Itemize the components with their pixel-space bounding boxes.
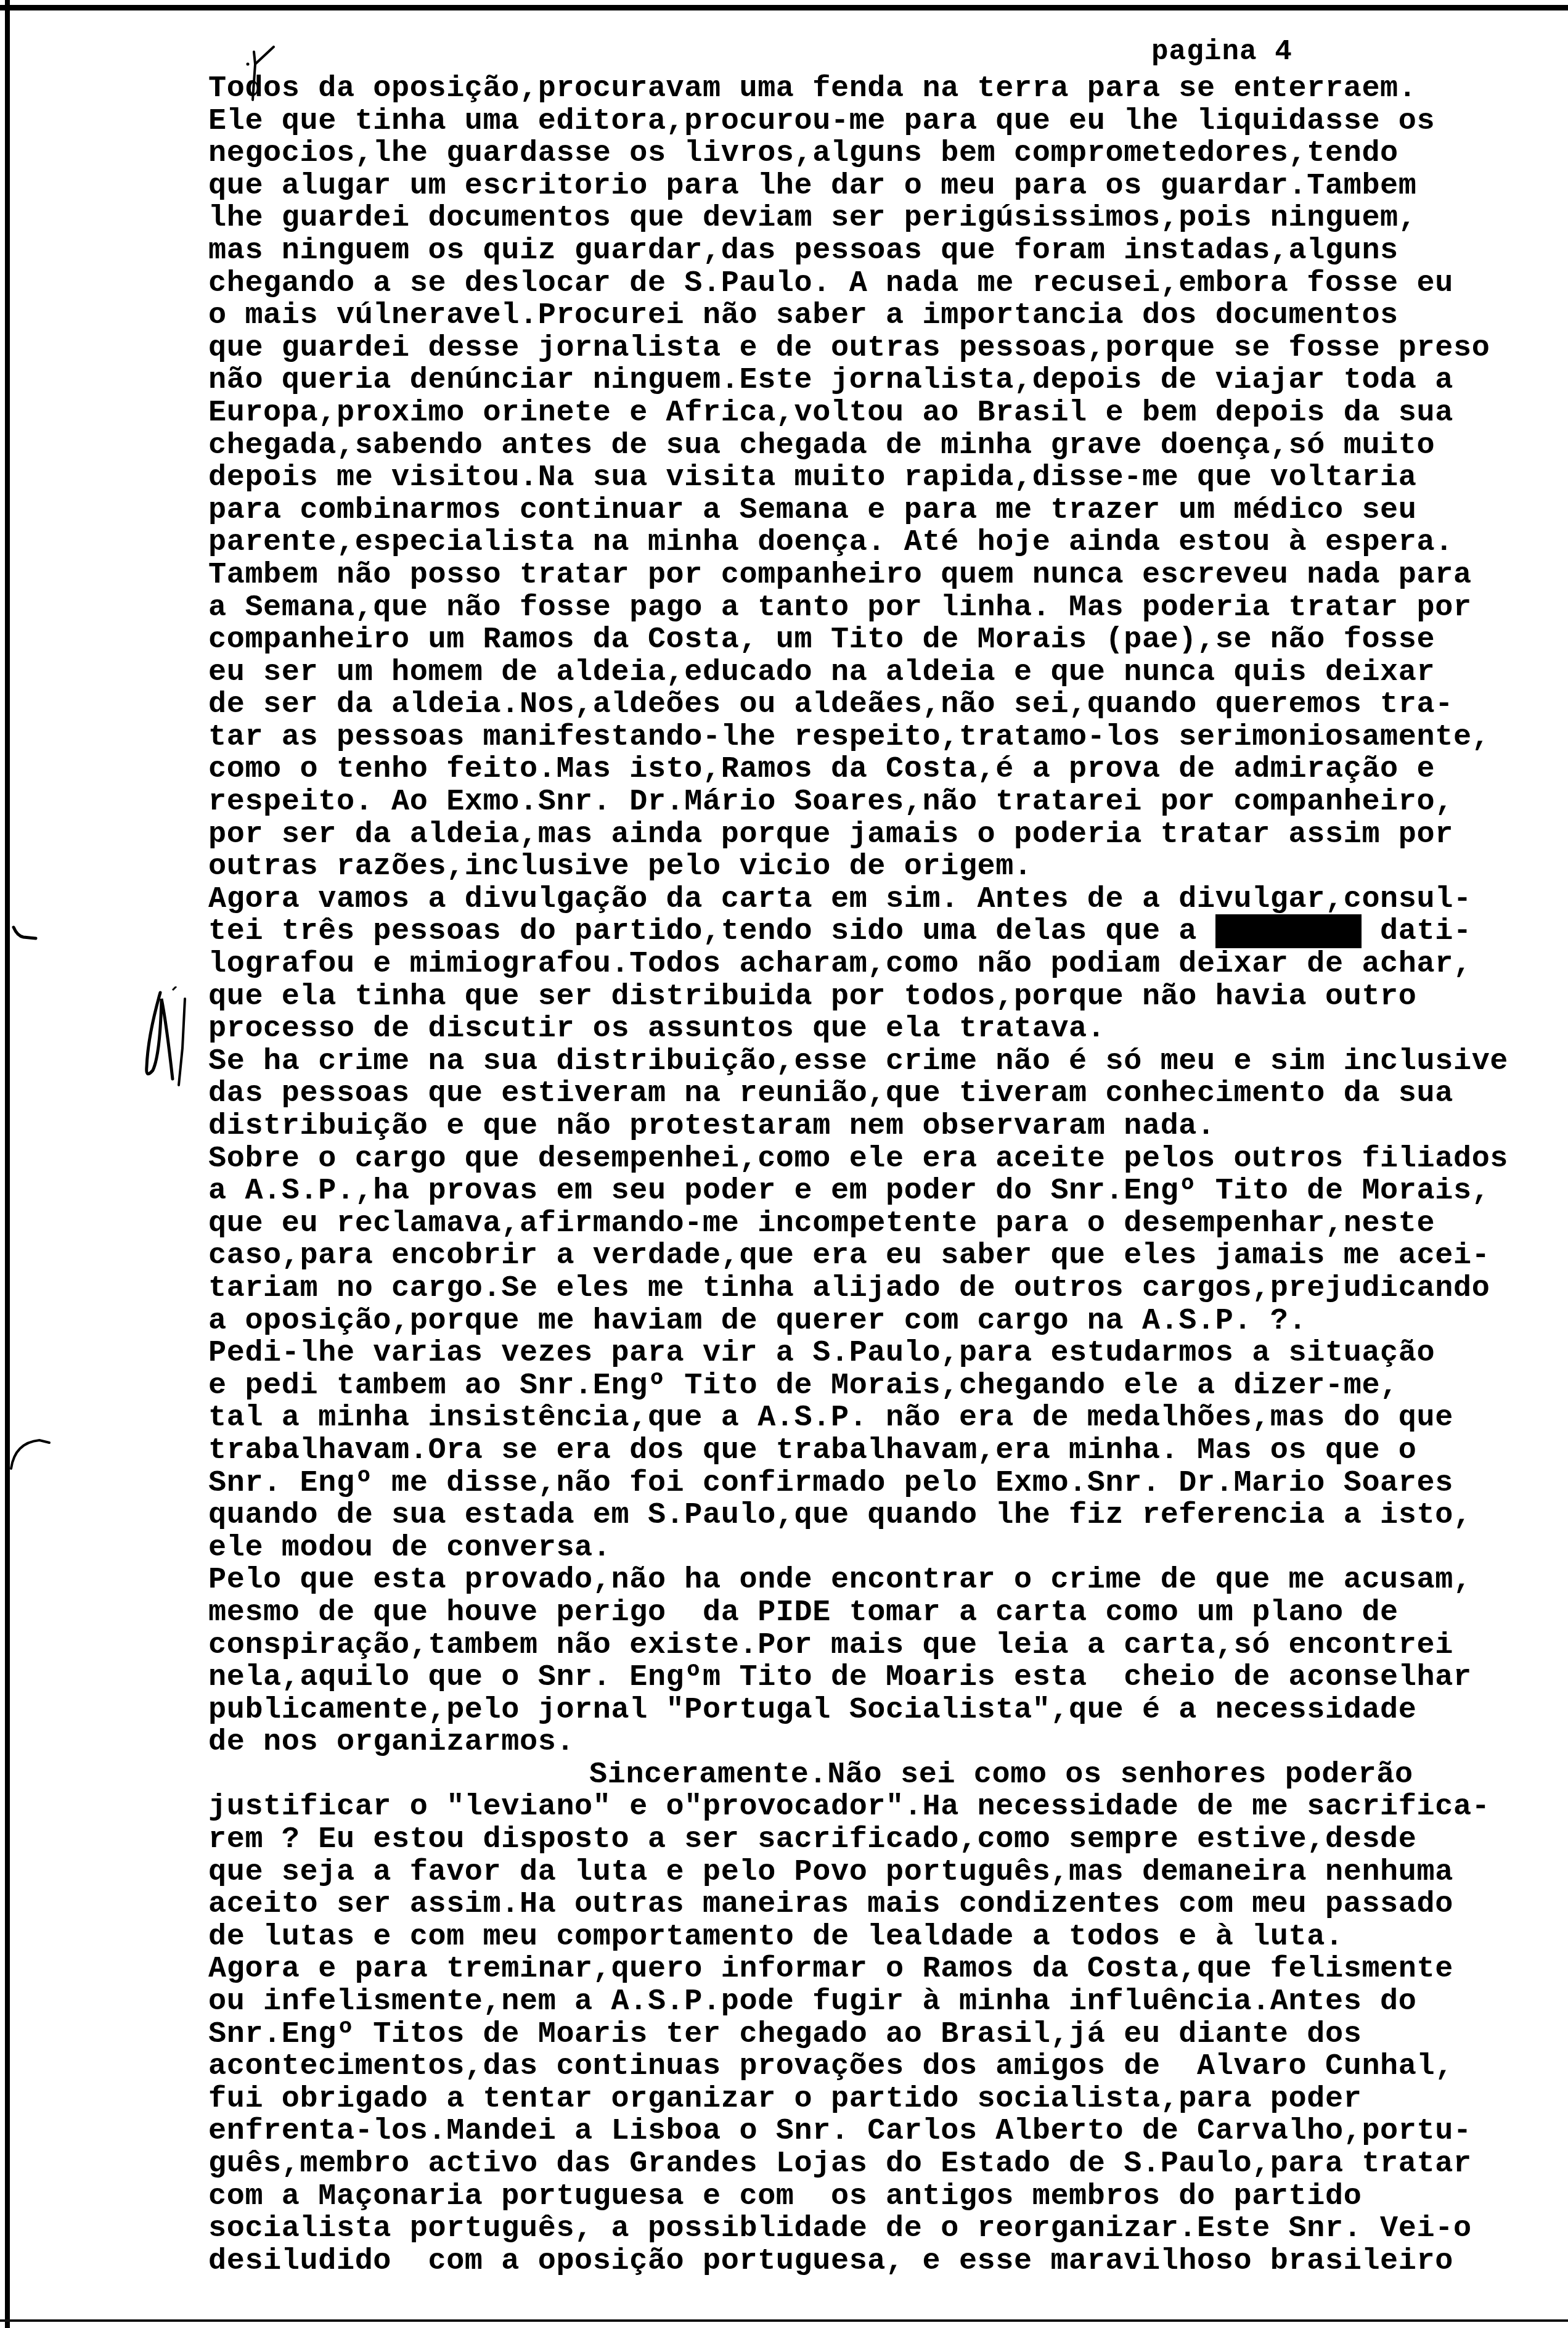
text-line: por ser da aldeia,mas ainda porque jamai… xyxy=(208,819,1564,851)
text-line: desiludido com a oposição portuguesa, e … xyxy=(208,2245,1564,2278)
text-line: tariam no cargo.Se eles me tinha alijado… xyxy=(208,1273,1564,1305)
text-line: respeito. Ao Exmo.Snr. Dr.Mário Soares,n… xyxy=(208,786,1564,819)
text-line: trabalhavam.Ora se era dos que trabalhav… xyxy=(208,1435,1564,1467)
text-segment: dati- xyxy=(1362,914,1471,948)
text-line: Pelo que esta provado,não ha onde encont… xyxy=(208,1564,1564,1597)
text-line: Agora e para treminar,quero informar o R… xyxy=(208,1953,1564,1986)
text-line: que seja a favor da luta e pelo Povo por… xyxy=(208,1856,1564,1889)
text-line: distribuição e que não protestaram nem o… xyxy=(208,1110,1564,1143)
text-line: quando de sua estada em S.Paulo,que quan… xyxy=(208,1499,1564,1532)
text-line: o mais vúlneravel.Procurei não saber a i… xyxy=(208,300,1564,332)
text-line: mas ninguem os quiz guardar,das pessoas … xyxy=(208,235,1564,268)
text-line: de nos organizarmos. xyxy=(208,1726,1564,1759)
text-line: que guardei desse jornalista e de outras… xyxy=(208,332,1564,365)
bottom-scan-border xyxy=(0,2319,1568,2322)
text-line: publicamente,pelo jornal "Portugal Socia… xyxy=(208,1694,1564,1727)
left-scan-border xyxy=(5,0,10,2328)
text-line: para combinarmos continuar a Semana e pa… xyxy=(208,494,1564,527)
handwritten-initials-icon xyxy=(142,986,197,1091)
text-line: tar as pessoas manifestando-lhe respeito… xyxy=(208,721,1564,754)
text-line: conspiração,tambem não existe.Por mais q… xyxy=(208,1629,1564,1662)
text-line: ele modou de conversa. xyxy=(208,1532,1564,1565)
text-line: que ela tinha que ser distribuida por to… xyxy=(208,981,1564,1014)
redacted-name: XXXXXXXX xyxy=(1215,914,1362,948)
text-line: com a Maçonaria portuguesa e com os anti… xyxy=(208,2181,1564,2213)
text-line: rem ? Eu estou disposto a ser sacrificad… xyxy=(208,1824,1564,1856)
text-line: Ele que tinha uma editora,procurou-me pa… xyxy=(208,105,1564,138)
text-line: Se ha crime na sua distribuição,esse cri… xyxy=(208,1046,1564,1078)
text-segment: tei três pessoas do partido,tendo sido u… xyxy=(208,914,1215,948)
text-line: parente,especialista na minha doença. At… xyxy=(208,527,1564,559)
text-line: justificar o "leviano" e o"provocador".H… xyxy=(208,1791,1564,1824)
text-line: das pessoas que estiveram na reunião,que… xyxy=(208,1078,1564,1110)
text-line: acontecimentos,das continuas provações d… xyxy=(208,2051,1564,2083)
text-line: fui obrigado a tentar organizar o partid… xyxy=(208,2083,1564,2116)
text-line: que eu reclamava,afirmando-me incompeten… xyxy=(208,1208,1564,1240)
text-line: socialista português, a possiblidade de … xyxy=(208,2213,1564,2245)
text-line: chegando a se deslocar de S.Paulo. A nad… xyxy=(208,268,1564,300)
text-line: guês,membro activo das Grandes Lojas do … xyxy=(208,2148,1564,2181)
text-line: mesmo de que houve perigo da PIDE tomar … xyxy=(208,1597,1564,1629)
text-line: tal a minha insistência,que a A.S.P. não… xyxy=(208,1402,1564,1435)
text-line: que alugar um escritorio para lhe dar o … xyxy=(208,170,1564,203)
text-line: nela,aquilo que o Snr. Engºm Tito de Moa… xyxy=(208,1662,1564,1694)
text-line: enfrenta-los.Mandei a Lisboa o Snr. Carl… xyxy=(208,2115,1564,2148)
text-line: de ser da aldeia.Nos,aldeões ou aldeães,… xyxy=(208,689,1564,721)
text-line: a Semana,que não fosse pago a tanto por … xyxy=(208,592,1564,625)
text-line-with-redaction: tei três pessoas do partido,tendo sido u… xyxy=(208,916,1564,948)
text-line: Sobre o cargo que desempenhei,como ele e… xyxy=(208,1143,1564,1176)
handwritten-tick-icon xyxy=(11,925,42,943)
text-line: Pedi-lhe varias vezes para vir a S.Paulo… xyxy=(208,1337,1564,1370)
text-line: Snr. Engº me disse,não foi confirmado pe… xyxy=(208,1467,1564,1500)
text-line: aceito ser assim.Ha outras maneiras mais… xyxy=(208,1888,1564,1921)
handwritten-bracket-icon xyxy=(9,1437,52,1473)
text-line: Europa,proximo orinete e Africa,voltou a… xyxy=(208,397,1564,430)
text-line-indented: Sinceramente.Não sei como os senhores po… xyxy=(208,1759,1564,1792)
text-line: eu ser um homem de aldeia,educado na ald… xyxy=(208,657,1564,689)
text-line: chegada,sabendo antes de sua chegada de … xyxy=(208,430,1564,462)
text-line: ou infelismente,nem a A.S.P.pode fugir à… xyxy=(208,1986,1564,2019)
text-line: caso,para encobrir a verdade,que era eu … xyxy=(208,1240,1564,1273)
text-line: como o tenho feito.Mas isto,Ramos da Cos… xyxy=(208,753,1564,786)
text-line: outras razões,inclusive pelo vicio de or… xyxy=(208,851,1564,883)
text-line: depois me visitou.Na sua visita muito ra… xyxy=(208,462,1564,494)
text-line: não queria denúnciar ninguem.Este jornal… xyxy=(208,364,1564,397)
text-line: Todos da oposição,procuravam uma fenda n… xyxy=(208,73,1564,105)
text-line: Snr.Engº Titos de Moaris ter chegado ao … xyxy=(208,2019,1564,2051)
text-line: a oposição,porque me haviam de querer co… xyxy=(208,1305,1564,1338)
text-line: lhe guardei documentos que deviam ser pe… xyxy=(208,202,1564,235)
text-line: lografou e mimiografou.Todos acharam,com… xyxy=(208,948,1564,981)
text-line: negocios,lhe guardasse os livros,alguns … xyxy=(208,137,1564,170)
text-line: de lutas e com meu comportamento de leal… xyxy=(208,1921,1564,1954)
typewritten-body: Todos da oposição,procuravam uma fenda n… xyxy=(208,73,1564,2277)
page-number: pagina 4 xyxy=(1151,36,1292,68)
text-line: Agora vamos a divulgação da carta em sim… xyxy=(208,883,1564,916)
text-line: a A.S.P.,ha provas em seu poder e em pod… xyxy=(208,1175,1564,1208)
text-line: Tambem não posso tratar por companheiro … xyxy=(208,559,1564,592)
text-line: companheiro um Ramos da Costa, um Tito d… xyxy=(208,624,1564,657)
text-line: e pedi tambem ao Snr.Engº Tito de Morais… xyxy=(208,1370,1564,1403)
top-scan-border xyxy=(0,5,1568,10)
scanned-document-page: pagina 4 Todos da oposição,procuravam um… xyxy=(0,0,1568,2328)
text-line: processo de discutir os assuntos que ela… xyxy=(208,1013,1564,1046)
